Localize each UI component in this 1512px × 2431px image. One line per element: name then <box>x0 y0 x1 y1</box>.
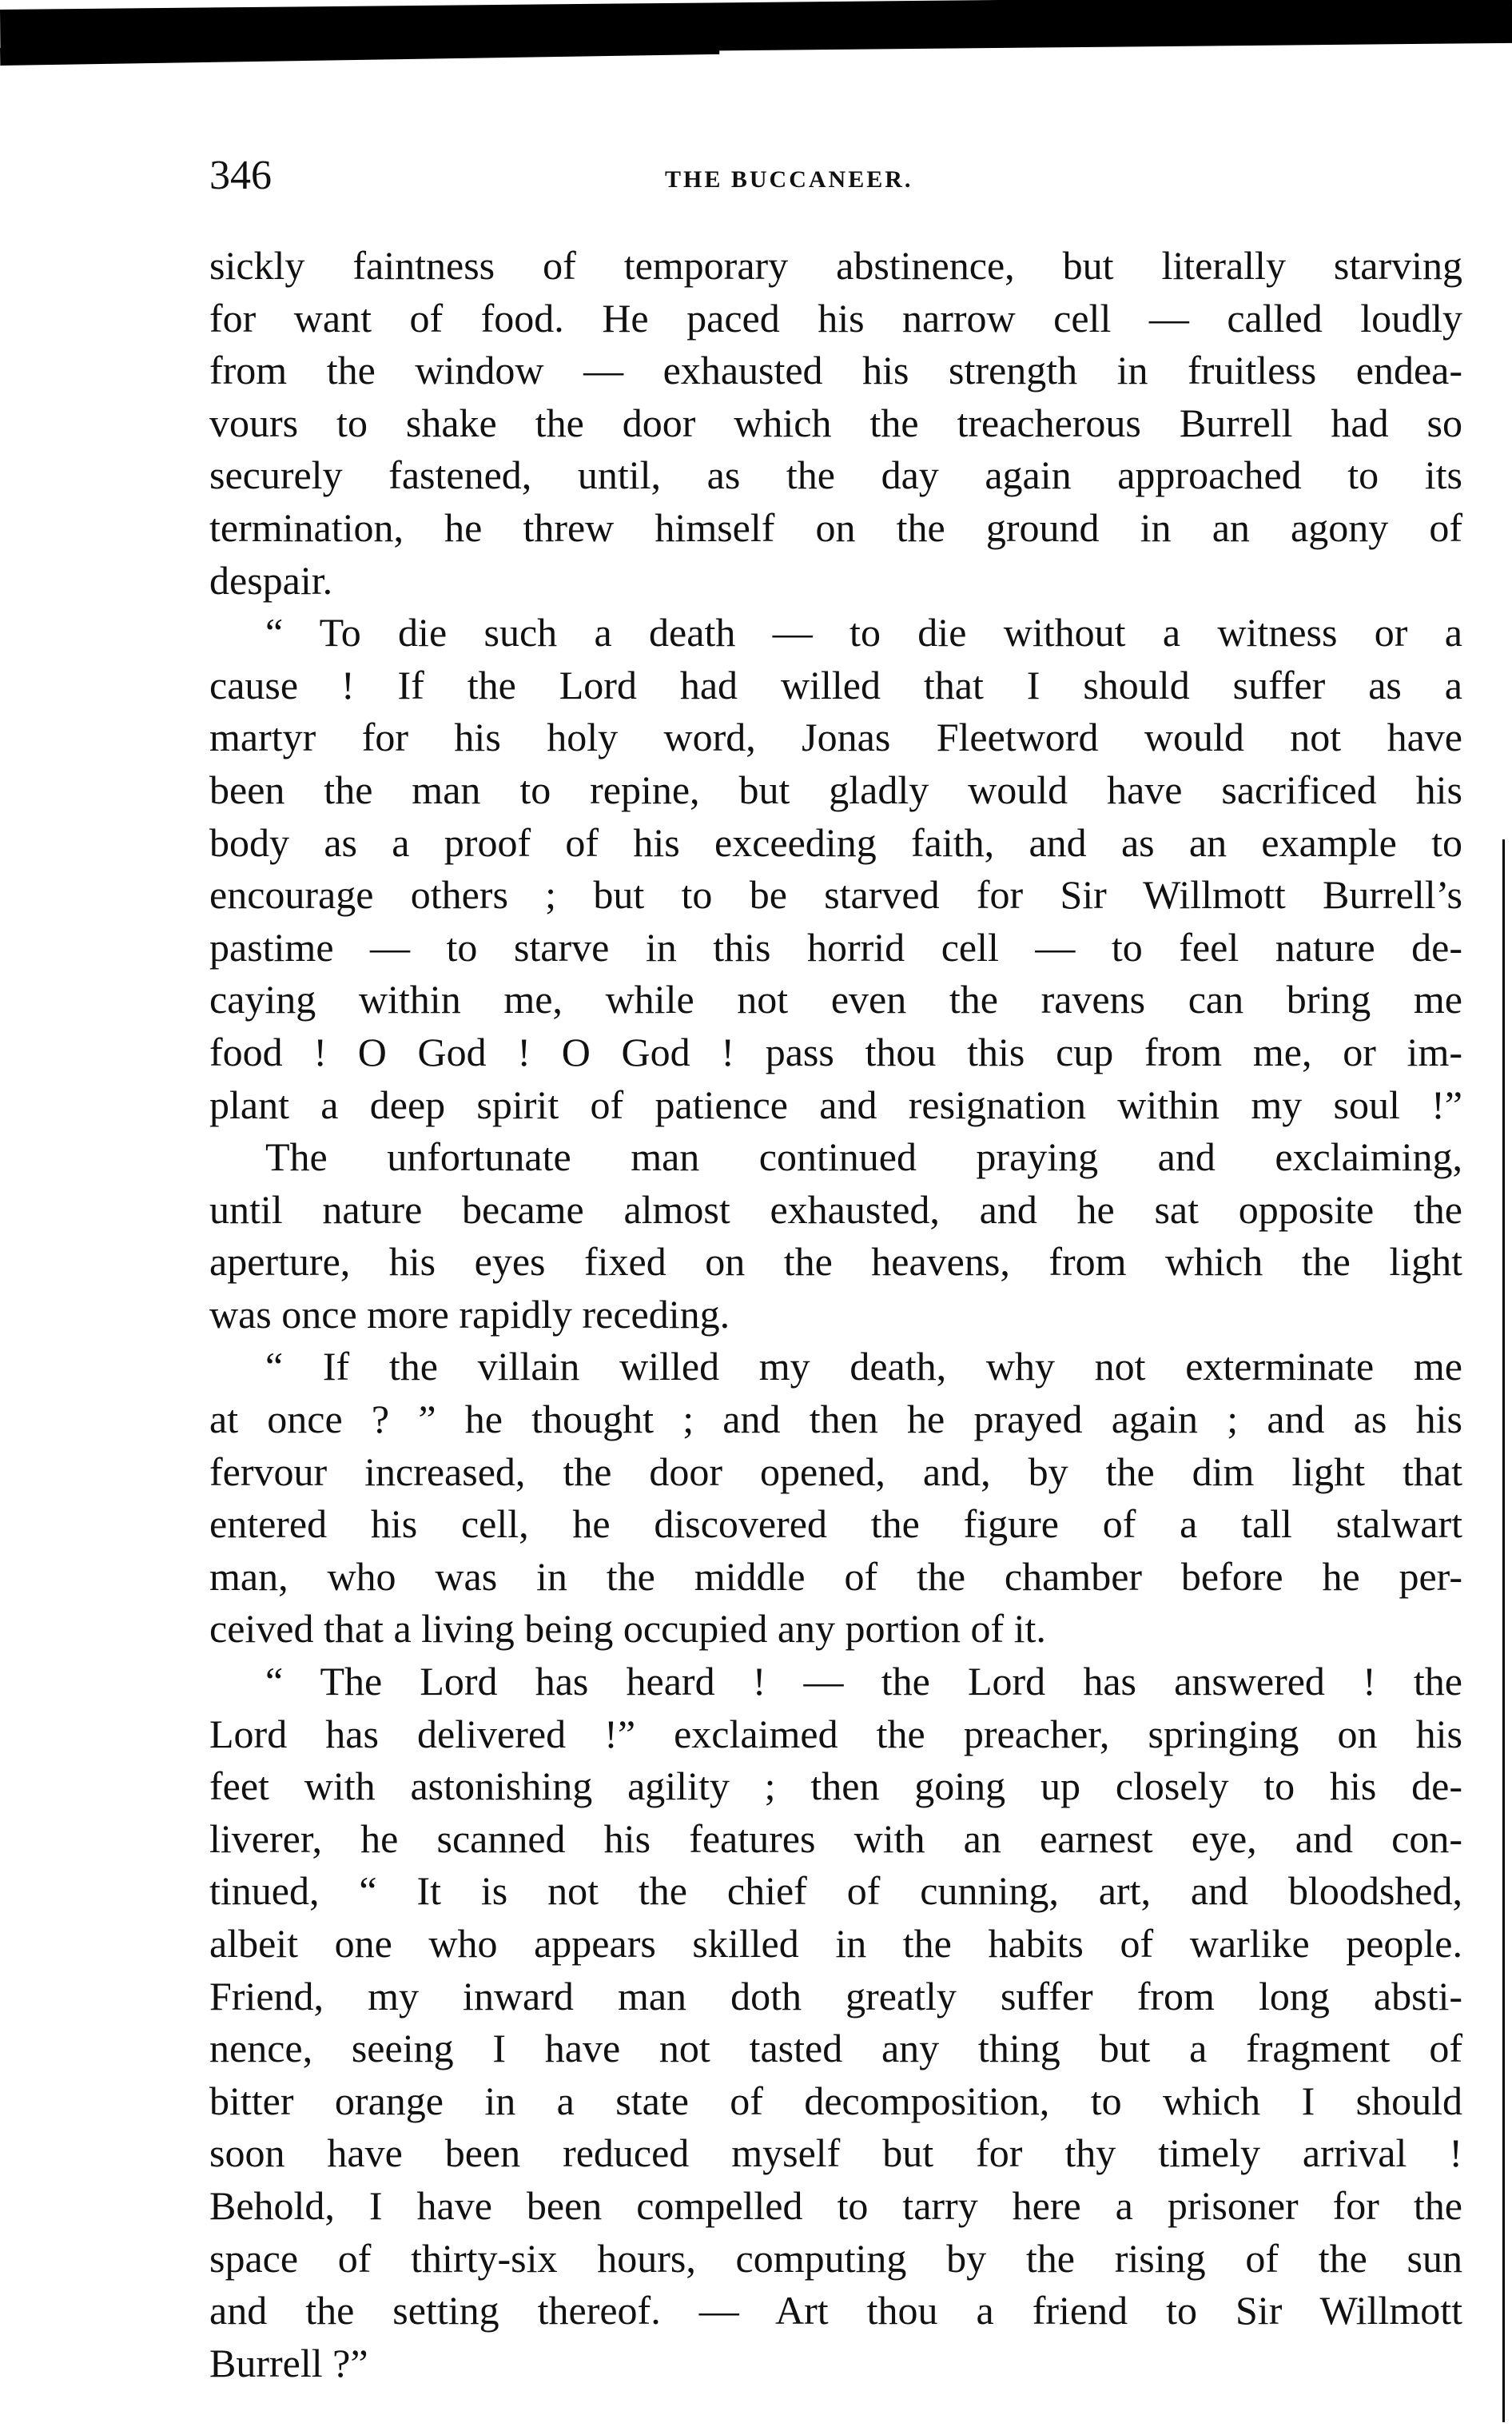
text-line: bitter orange in a state of decompositio… <box>209 2075 1462 2128</box>
page-header: 346 THE BUCCANEER. <box>209 152 1464 200</box>
text-line: and the setting thereof. — Art thou a fr… <box>209 2285 1462 2337</box>
running-title: THE BUCCANEER. <box>665 166 913 193</box>
text-line: Friend, my inward man doth greatly suffe… <box>209 1971 1462 2023</box>
text-line: plant a deep spirit of patience and resi… <box>209 1079 1462 1132</box>
text-line: body as a proof of his exceeding faith, … <box>209 817 1462 870</box>
text-line: was once more rapidly receding. <box>209 1289 1462 1341</box>
text-line: entered his cell, he discovered the figu… <box>209 1498 1462 1551</box>
text-line: food ! O God ! O God ! pass thou this cu… <box>209 1026 1462 1079</box>
text-line: Lord has delivered !” exclaimed the prea… <box>209 1708 1462 1761</box>
text-line: pastime — to starve in this horrid cell … <box>209 922 1462 974</box>
text-line: securely fastened, until, as the day aga… <box>209 449 1462 502</box>
text-line: aperture, his eyes fixed on the heavens,… <box>209 1236 1462 1289</box>
scan-artifact-right-edge <box>1502 839 1505 2422</box>
text-line: feet with astonishing agility ; then goi… <box>209 1760 1462 1813</box>
text-line: from the window — exhausted his strength… <box>209 345 1462 397</box>
text-line: Behold, I have been compelled to tarry h… <box>209 2180 1462 2233</box>
text-line: despair. <box>209 555 1462 608</box>
text-line: sickly faintness of temporary abstinence… <box>209 240 1462 293</box>
text-line: termination, he threw himself on the gro… <box>209 502 1462 555</box>
text-line: man, who was in the middle of the chambe… <box>209 1551 1462 1604</box>
text-line: Burrell ?” <box>209 2337 1462 2390</box>
text-line: soon have been reduced myself but for th… <box>209 2127 1462 2180</box>
text-line: martyr for his holy word, Jonas Fleetwor… <box>209 711 1462 764</box>
text-line: caying within me, while not even the rav… <box>209 974 1462 1026</box>
text-line: “ If the villain willed my death, why no… <box>209 1341 1462 1393</box>
text-line: ceived that a living being occupied any … <box>209 1603 1462 1656</box>
text-line: albeit one who appears skilled in the ha… <box>209 1918 1462 1971</box>
text-line: “ The Lord has heard ! — the Lord has an… <box>209 1656 1462 1708</box>
text-line: liverer, he scanned his features with an… <box>209 1813 1462 1866</box>
text-line: for want of food. He paced his narrow ce… <box>209 293 1462 345</box>
text-line: at once ? ” he thought ; and then he pra… <box>209 1393 1462 1446</box>
text-line: The unfortunate man continued praying an… <box>209 1131 1462 1184</box>
text-line: until nature became almost exhausted, an… <box>209 1184 1462 1237</box>
text-line: tinued, “ It is not the chief of cunning… <box>209 1865 1462 1918</box>
text-line: fervour increased, the door opened, and,… <box>209 1446 1462 1499</box>
text-line: encourage others ; but to be starved for… <box>209 869 1462 922</box>
text-line: “ To die such a death — to die without a… <box>209 607 1462 660</box>
text-line: nence, seeing I have not tasted any thin… <box>209 2023 1462 2075</box>
body-text: sickly faintness of temporary abstinence… <box>209 240 1462 2389</box>
text-line: vours to shake the door which the treach… <box>209 397 1462 450</box>
page-number: 346 <box>209 152 272 199</box>
text-line: been the man to repine, but gladly would… <box>209 764 1462 817</box>
text-line: cause ! If the Lord had willed that I sh… <box>209 660 1462 712</box>
text-line: space of thirty-six hours, computing by … <box>209 2233 1462 2286</box>
